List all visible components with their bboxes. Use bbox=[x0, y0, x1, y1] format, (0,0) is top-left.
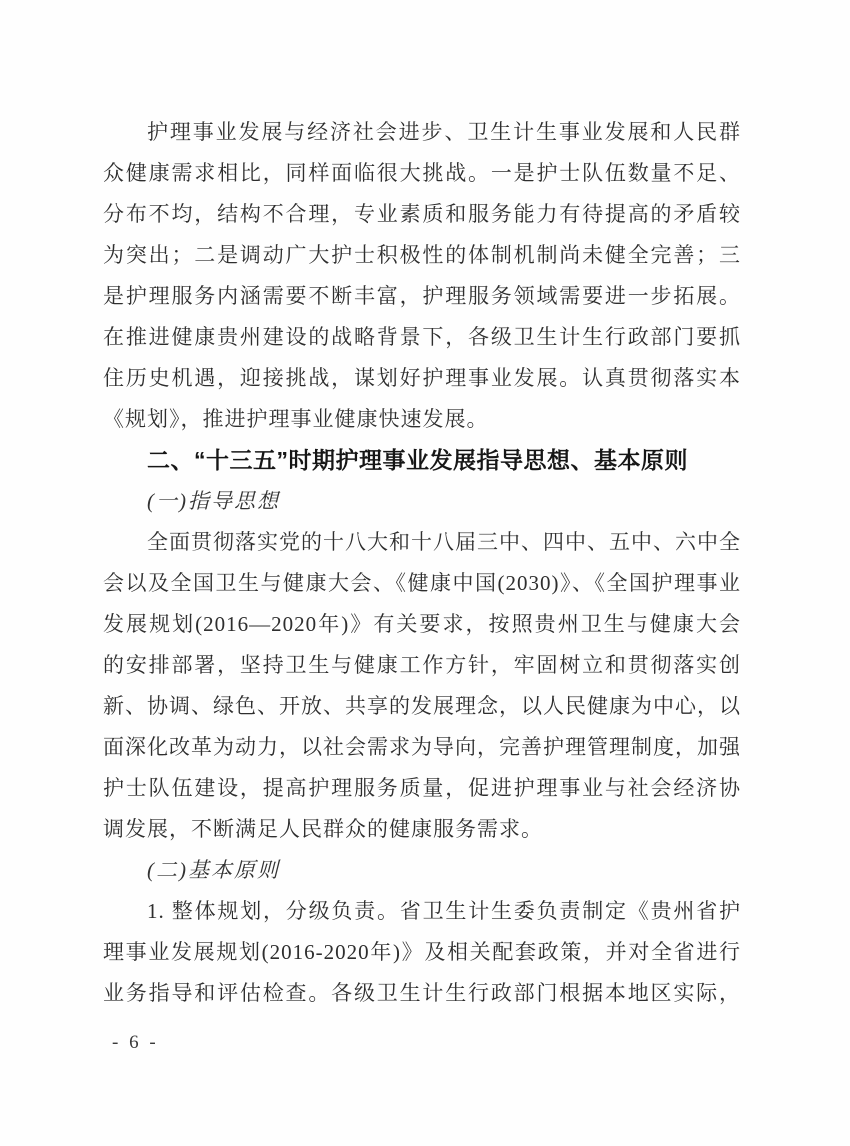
text-line: 分布不均，结构不合理，专业素质和服务能力有待提高的矛盾较 bbox=[103, 194, 741, 235]
section-heading: 二、“十三五”时期护理事业发展指导思想、基本原则 bbox=[103, 440, 741, 481]
text-line: 在推进健康贵州建设的战略背景下，各级卫生计生行政部门要抓 bbox=[103, 317, 741, 358]
text-line: 全面贯彻落实党的十八大和十八届三中、四中、五中、六中全 bbox=[103, 522, 741, 563]
text-line: 新、协调、绿色、开放、共享的发展理念，以人民健康为中心，以全 bbox=[103, 686, 741, 727]
text-line: 为突出；二是调动广大护士积极性的体制机制尚未健全完善；三 bbox=[103, 235, 741, 276]
text-line: 业务指导和评估检查。各级卫生计生行政部门根据本地区实际， bbox=[103, 973, 741, 1014]
text-line: 发展规划(2016—2020年)》有关要求，按照贵州卫生与健康大会 bbox=[103, 604, 741, 645]
text-line: 理事业发展规划(2016-2020年)》及相关配套政策，并对全省进行 bbox=[103, 932, 741, 973]
text-line: 会以及全国卫生与健康大会、《健康中国(2030)》、《全国护理事业 bbox=[103, 563, 741, 604]
text-line: 众健康需求相比，同样面临很大挑战。一是护士队伍数量不足、 bbox=[103, 153, 741, 194]
subsection-heading: (一)指导思想 bbox=[103, 481, 741, 522]
text-line: 住历史机遇，迎接挑战，谋划好护理事业发展。认真贯彻落实本 bbox=[103, 358, 741, 399]
document-body: 护理事业发展与经济社会进步、卫生计生事业发展和人民群众健康需求相比，同样面临很大… bbox=[103, 112, 741, 1014]
text-line: 护士队伍建设，提高护理服务质量，促进护理事业与社会经济协 bbox=[103, 768, 741, 809]
text-line: 的安排部署，坚持卫生与健康工作方针，牢固树立和贯彻落实创 bbox=[103, 645, 741, 686]
text-line: 护理事业发展与经济社会进步、卫生计生事业发展和人民群 bbox=[103, 112, 741, 153]
page-number: - 6 - bbox=[112, 1032, 159, 1054]
text-line: 1. 整体规划，分级负责。省卫生计生委负责制定《贵州省护 bbox=[103, 891, 741, 932]
text-line: 是护理服务内涵需要不断丰富，护理服务领域需要进一步拓展。 bbox=[103, 276, 741, 317]
document-page: 护理事业发展与经济社会进步、卫生计生事业发展和人民群众健康需求相比，同样面临很大… bbox=[0, 0, 850, 1146]
text-line: 调发展，不断满足人民群众的健康服务需求。 bbox=[103, 809, 741, 850]
text-line: 《规划》，推进护理事业健康快速发展。 bbox=[103, 399, 741, 440]
subsection-heading: (二)基本原则 bbox=[103, 850, 741, 891]
text-line: 面深化改革为动力，以社会需求为导向，完善护理管理制度，加强 bbox=[103, 727, 741, 768]
